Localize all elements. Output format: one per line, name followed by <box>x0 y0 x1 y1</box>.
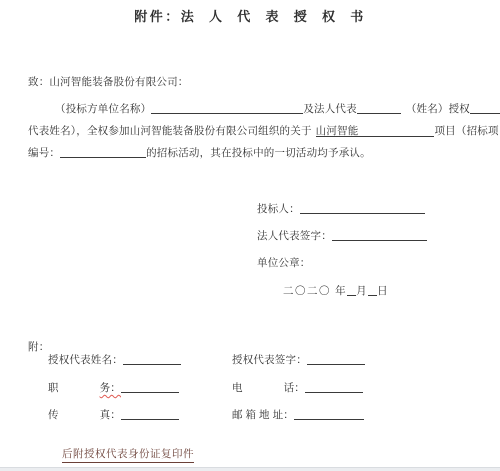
paragraph-lead-text: 代表姓名），全权参加山河智能装备股份有限公司组织的关于 <box>28 126 312 137</box>
fax-label: 传真： <box>48 407 121 422</box>
duty-row: 职务： <box>48 380 179 395</box>
authorization-paragraph-line-2: 代表姓名），全权参加山河智能装备股份有限公司组织的关于山河智能项目（招标项目 <box>28 123 500 138</box>
legal-rep-sign-label: 法人代表签字： <box>257 231 332 242</box>
rep-sign-label: 授权代表签字： <box>232 355 307 366</box>
bidder-name-blank[interactable] <box>151 102 303 114</box>
legal-rep-signature-row: 法人代表签字： <box>257 228 427 243</box>
paragraph-tail-text: 的招标活动，其在投标中的一切活动均予承认。 <box>146 148 371 159</box>
salutation-line: 致：山河智能装备股份有限公司： <box>28 74 189 89</box>
fax-row: 传真： <box>48 407 179 422</box>
date-day-text: 日 <box>377 286 389 297</box>
bidder-name-label: （投标方单位名称） <box>55 104 151 115</box>
project-number-blank[interactable] <box>60 146 146 158</box>
authorized-rep-name-blank[interactable] <box>470 102 500 114</box>
fax-colon: 真： <box>100 407 121 422</box>
project-name-filled-blank[interactable]: 山河智能 <box>316 123 435 137</box>
rep-name-blank[interactable] <box>123 353 181 365</box>
fax-char: 传 <box>48 407 59 422</box>
date-month-blank[interactable] <box>347 284 356 296</box>
bidder-signature-blank[interactable] <box>300 202 425 214</box>
rep-sign-blank[interactable] <box>307 353 365 365</box>
authorization-paragraph-line-1: （投标方单位名称）及法人代表（姓名）授权（授权 <box>55 101 500 116</box>
phone-blank[interactable] <box>305 381 363 393</box>
date-month-text: 月 <box>356 286 368 297</box>
project-number-label: 编号： <box>28 148 60 159</box>
bidder-signature-row: 投标人： <box>257 201 425 216</box>
rep-sign-row: 授权代表签字： <box>232 352 365 367</box>
phone-label: 电话： <box>232 380 305 395</box>
legal-rep-text: 及法人代表 <box>303 104 357 115</box>
duty-blank[interactable] <box>121 381 179 393</box>
authorization-paragraph-line-3: 编号：的招标活动，其在投标中的一切活动均予承认。 <box>28 145 371 160</box>
window-bottom-edge <box>0 467 500 471</box>
document-page: 附件：法 人 代 表 授 权 书 致：山河智能装备股份有限公司： （投标方单位名… <box>0 0 500 471</box>
document-title: 附件：法 人 代 表 授 权 书 <box>0 6 500 25</box>
attachment-label: 附： <box>28 339 49 354</box>
fax-blank[interactable] <box>121 408 179 420</box>
company-seal-row: 单位公章： <box>257 255 311 270</box>
phone-colon: 话： <box>284 380 305 395</box>
project-label-text: 项目（招标项目 <box>434 126 500 137</box>
duty-label: 职务： <box>48 380 121 395</box>
date-line: 二〇二〇 年月日 <box>283 283 389 298</box>
phone-row: 电话： <box>232 380 363 395</box>
footnote-id-copy-note: 后附授权代表身份证复印件 <box>62 446 194 463</box>
duty-char: 职 <box>48 380 59 395</box>
date-year-text: 二〇二〇 年 <box>283 286 347 297</box>
rep-name-label: 授权代表姓名： <box>48 355 123 366</box>
email-row: 邮 箱 地 址： <box>232 407 364 422</box>
phone-char: 电 <box>232 380 243 395</box>
bidder-label: 投标人： <box>257 204 300 215</box>
rep-name-row: 授权代表姓名： <box>48 352 181 367</box>
email-label: 邮 箱 地 址： <box>232 410 294 421</box>
company-seal-label: 单位公章： <box>257 258 311 269</box>
email-blank[interactable] <box>294 408 364 420</box>
duty-colon-misspelled: 务： <box>100 380 121 395</box>
legal-rep-signature-blank[interactable] <box>332 229 427 241</box>
legal-rep-name-blank[interactable] <box>357 102 401 114</box>
date-day-blank[interactable] <box>368 284 377 296</box>
name-note-label: （姓名）授权 <box>406 104 470 115</box>
